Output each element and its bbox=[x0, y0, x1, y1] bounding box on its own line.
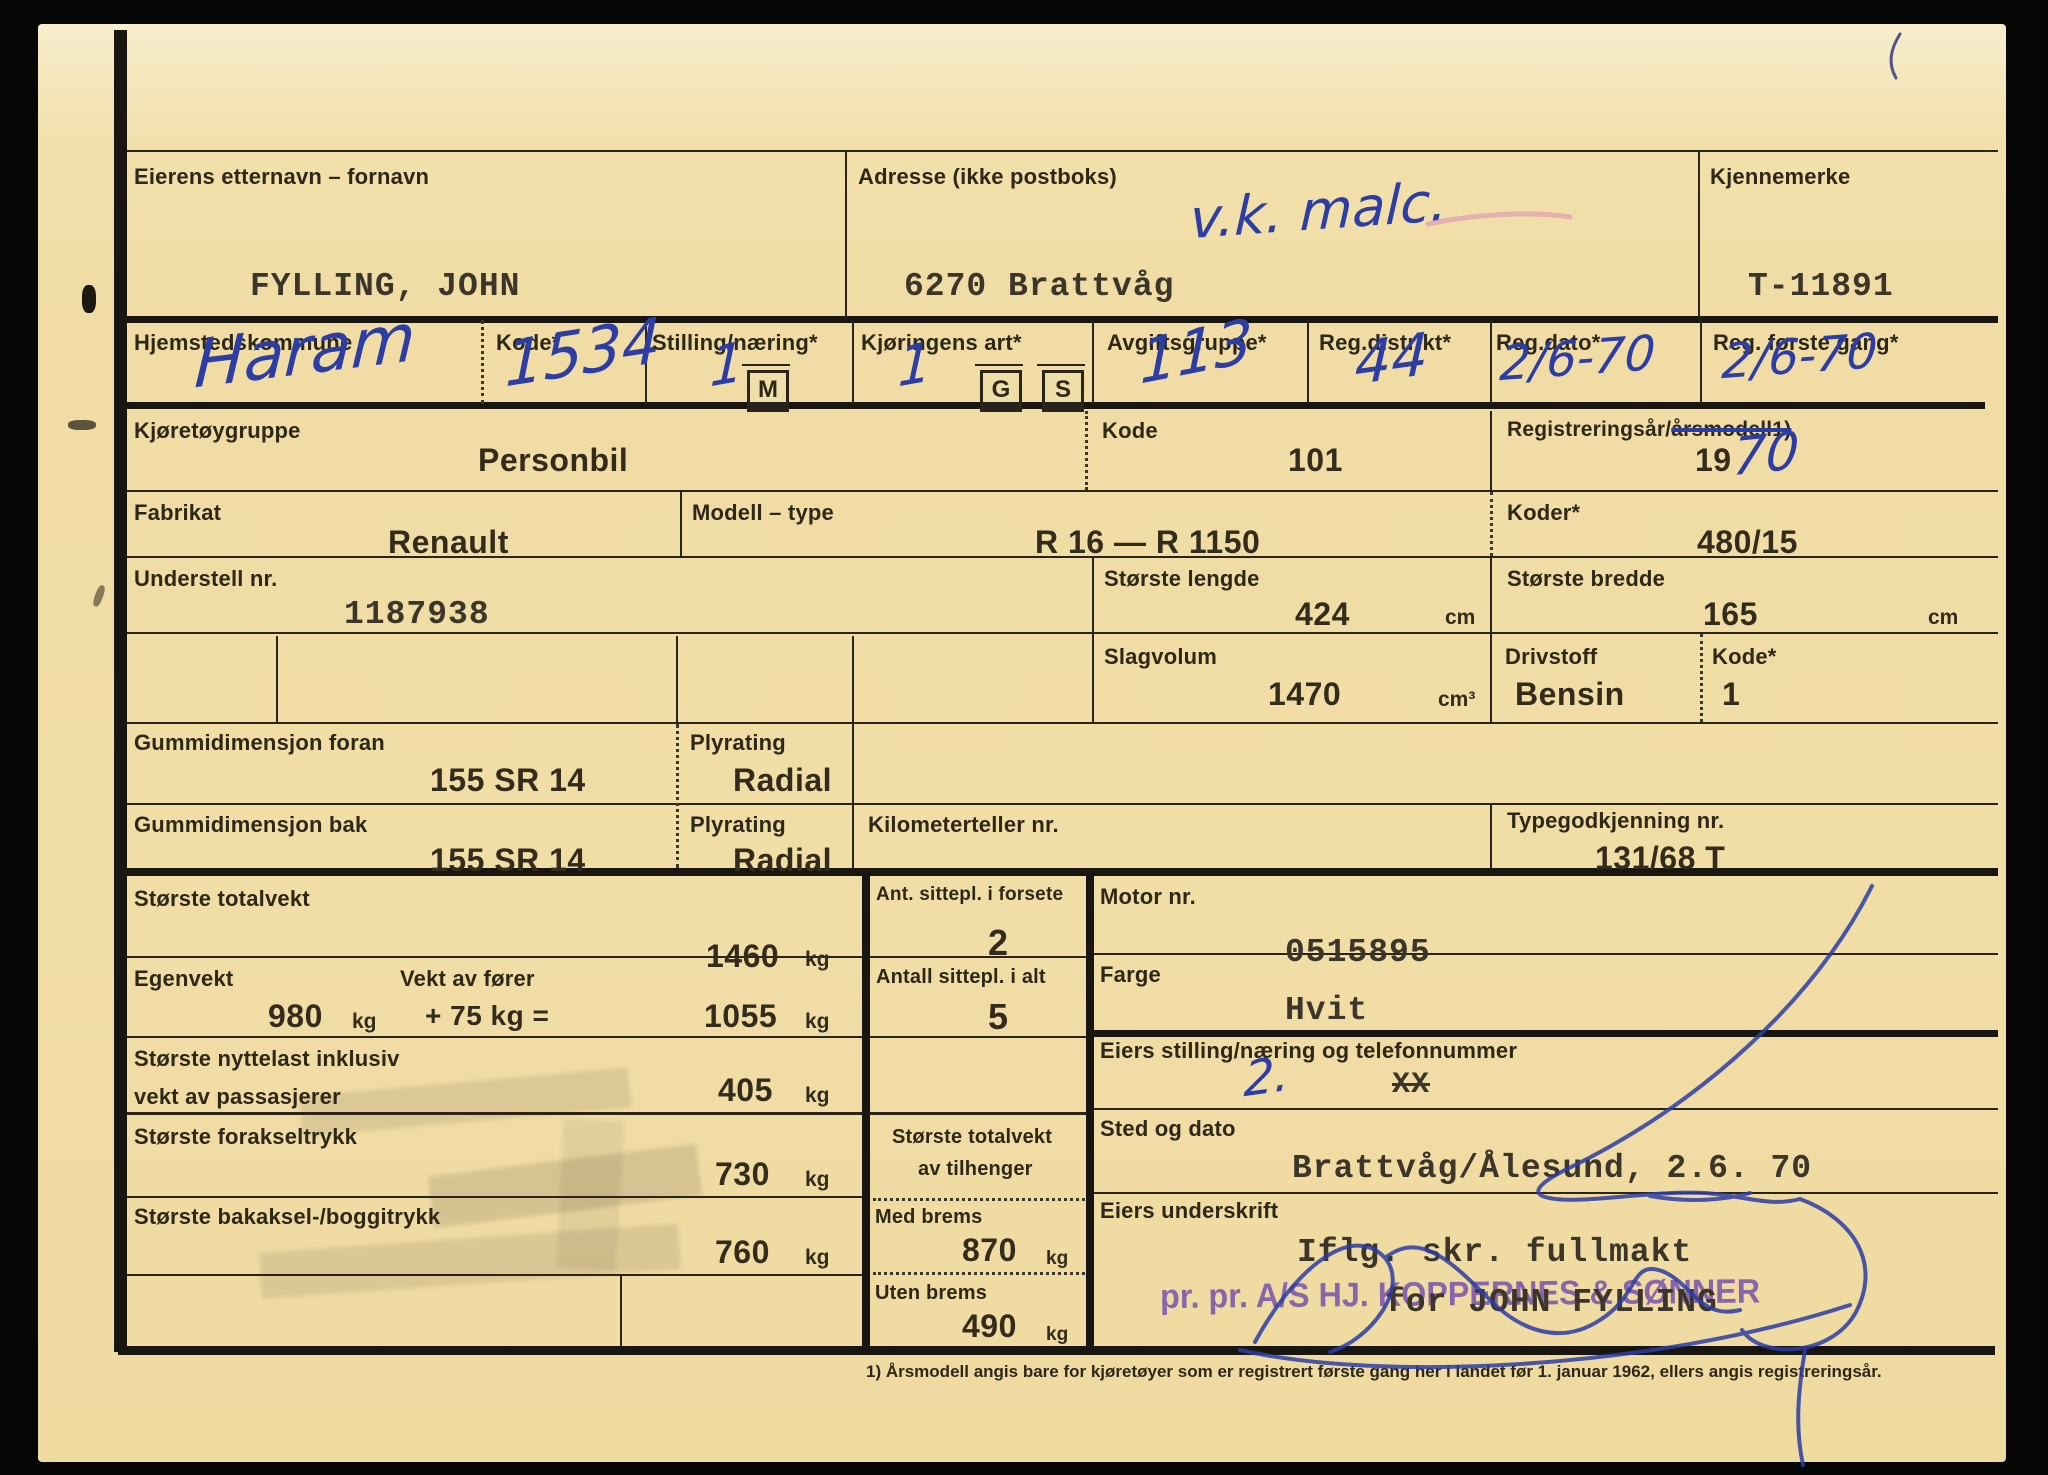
box-overline bbox=[1037, 364, 1085, 366]
motor-label: Motor nr. bbox=[1100, 884, 1196, 910]
line bbox=[1307, 320, 1309, 404]
line bbox=[118, 722, 1998, 724]
line bbox=[1490, 805, 1492, 868]
tilhenger-label-line1: Største totalvekt bbox=[892, 1126, 1052, 1149]
address-label: Adresse (ikke postboks) bbox=[858, 164, 1117, 190]
koder-label: Koder* bbox=[1507, 500, 1580, 526]
dotted-line bbox=[1700, 634, 1703, 722]
handwritten-regdato: 2/6-70 bbox=[1498, 325, 1657, 392]
med-brems-value: 870 bbox=[962, 1232, 1017, 1269]
totalvekt-label: Største totalvekt bbox=[134, 886, 310, 912]
sted-dato-value: Brattvåg/Ålesund, 2.6. 70 bbox=[1292, 1150, 1812, 1187]
line bbox=[620, 1276, 622, 1346]
bredde-value: 165 bbox=[1703, 596, 1758, 633]
regyear-printed: 19 bbox=[1695, 442, 1732, 479]
sted-dato-label: Sted og dato bbox=[1100, 1116, 1236, 1142]
eiers-stilling-label: Eiers stilling/næring og telefonnummer bbox=[1100, 1038, 1517, 1064]
slagvolum-value: 1470 bbox=[1268, 676, 1341, 713]
kjoringens-art-label: Kjøringens art* bbox=[861, 330, 1022, 356]
ink-speck bbox=[68, 420, 96, 430]
forakseltrykk-value: 730 bbox=[715, 1156, 770, 1193]
typed-for-owner-text: for JOHN FYLLING bbox=[1385, 1284, 1718, 1321]
line bbox=[1490, 411, 1492, 490]
drivstoff-kode-label: Kode* bbox=[1712, 644, 1777, 670]
dotted-line bbox=[1490, 492, 1493, 556]
motor-value: 0515895 bbox=[1285, 934, 1431, 971]
plate-value: T-11891 bbox=[1748, 268, 1894, 305]
totalvekt-unit: kg bbox=[805, 948, 830, 972]
tilhenger-label-line2: av tilhenger bbox=[918, 1158, 1033, 1181]
dotted-line bbox=[481, 320, 484, 404]
address-value: 6270 Brattvåg bbox=[904, 268, 1174, 305]
line bbox=[1698, 152, 1700, 318]
nyttelast-value: 405 bbox=[718, 1072, 773, 1109]
plyrating-foran-label: Plyrating bbox=[690, 730, 786, 756]
uten-brems-unit: kg bbox=[1046, 1324, 1068, 1346]
line bbox=[852, 636, 854, 722]
art-code-box-s: S bbox=[1042, 370, 1084, 412]
nyttelast-label-line1: Største nyttelast inklusiv bbox=[134, 1046, 400, 1072]
farge-value: Hvit bbox=[1285, 992, 1368, 1029]
line bbox=[1490, 634, 1492, 722]
dotted-line bbox=[1085, 411, 1088, 490]
dotted-line bbox=[676, 724, 679, 868]
gruppe-kode-label: Kode bbox=[1102, 418, 1158, 444]
line bbox=[118, 1112, 1090, 1115]
line bbox=[118, 150, 1998, 152]
understell-label: Understell nr. bbox=[134, 566, 277, 592]
handwritten-regdistrikt: 44 bbox=[1354, 319, 1430, 398]
forsete-label: Ant. sittepl. i forsete bbox=[876, 884, 1063, 906]
line bbox=[118, 1346, 1995, 1355]
forervekt-add: + 75 kg = bbox=[425, 1000, 549, 1032]
gummi-bak-value: 155 SR 14 bbox=[430, 842, 586, 879]
scanned-vehicle-registration-card: Eierens etternavn – fornavn FYLLING, JOH… bbox=[0, 0, 2048, 1475]
farge-label: Farge bbox=[1100, 962, 1161, 988]
lengde-unit: cm bbox=[1445, 606, 1475, 630]
bakaksel-label: Største bakaksel-/boggitrykk bbox=[134, 1204, 440, 1230]
line bbox=[1090, 1108, 1998, 1110]
plyrating-bak-label: Plyrating bbox=[690, 812, 786, 838]
uten-brems-label: Uten brems bbox=[875, 1282, 987, 1305]
line bbox=[1700, 320, 1702, 404]
line bbox=[1092, 558, 1094, 632]
bakaksel-unit: kg bbox=[805, 1246, 830, 1270]
art-code-box-g: G bbox=[980, 370, 1022, 412]
dotted-line bbox=[873, 1198, 1085, 1201]
line bbox=[852, 320, 854, 404]
egenvekt-value: 980 bbox=[268, 998, 323, 1035]
line bbox=[676, 636, 678, 722]
left-border-bar bbox=[114, 30, 127, 1352]
lengde-value: 424 bbox=[1295, 596, 1350, 633]
faded-stamp-smudge bbox=[556, 1119, 624, 1272]
handwritten-art: 1 bbox=[897, 329, 933, 399]
egenvekt-label: Egenvekt bbox=[134, 966, 233, 992]
fullmakt-text: Iflg. skr. fullmakt bbox=[1297, 1234, 1692, 1271]
line bbox=[1090, 953, 1998, 955]
forsete-value: 2 bbox=[988, 922, 1009, 964]
fabrikat-label: Fabrikat bbox=[134, 500, 221, 526]
plyrating-foran-value: Radial bbox=[733, 762, 832, 799]
med-brems-label: Med brems bbox=[875, 1206, 982, 1229]
ink-speck bbox=[82, 285, 96, 313]
line bbox=[118, 1036, 1090, 1038]
nyttelast-unit: kg bbox=[805, 1084, 830, 1108]
line bbox=[118, 803, 1998, 805]
line bbox=[118, 490, 1998, 492]
line bbox=[845, 152, 847, 318]
plyrating-bak-value: Radial bbox=[733, 842, 832, 879]
box-overline bbox=[742, 364, 790, 366]
forervekt-label: Vekt av fører bbox=[400, 966, 535, 992]
drivstoff-kode-value: 1 bbox=[1722, 676, 1740, 713]
line bbox=[1490, 558, 1492, 632]
modell-value: R 16 — R 1150 bbox=[1035, 524, 1260, 561]
bredde-unit: cm bbox=[1928, 606, 1958, 630]
uten-brems-value: 490 bbox=[962, 1308, 1017, 1345]
med-brems-unit: kg bbox=[1046, 1248, 1068, 1270]
crossed-out-typed-text: XX bbox=[1392, 1068, 1430, 1102]
plate-label: Kjennemerke bbox=[1710, 164, 1850, 190]
slagvolum-unit: cm³ bbox=[1438, 688, 1475, 712]
gummi-foran-value: 155 SR 14 bbox=[430, 762, 586, 799]
line bbox=[852, 724, 854, 868]
slagvolum-label: Slagvolum bbox=[1104, 644, 1217, 670]
line bbox=[276, 636, 278, 722]
handwritten-reg-forste-gang: 2/6-70 bbox=[1720, 323, 1879, 390]
gruppe-kode-value: 101 bbox=[1288, 442, 1343, 479]
handwritten-regyear: 70 bbox=[1731, 421, 1801, 489]
handwritten-stilling: 1 bbox=[709, 329, 745, 399]
drivstoff-value: Bensin bbox=[1515, 676, 1625, 713]
gummi-bak-label: Gummidimensjon bak bbox=[134, 812, 367, 838]
line bbox=[1090, 1192, 1998, 1194]
typegodkjenning-value: 131/68 T bbox=[1595, 840, 1725, 877]
drivstoff-label: Drivstoff bbox=[1505, 644, 1597, 670]
understell-value: 1187938 bbox=[344, 596, 490, 633]
line bbox=[118, 956, 1090, 958]
handwritten-eiers-stilling: 2. bbox=[1243, 1045, 1290, 1108]
egenvekt-sum-unit: kg bbox=[805, 1010, 830, 1034]
modell-label: Modell – type bbox=[692, 500, 834, 526]
kjoretoygruppe-label: Kjøretøygruppe bbox=[134, 418, 301, 444]
forakseltrykk-unit: kg bbox=[805, 1168, 830, 1192]
egenvekt-unit: kg bbox=[352, 1010, 377, 1034]
bakaksel-value: 760 bbox=[715, 1234, 770, 1271]
lengde-label: Største lengde bbox=[1104, 566, 1260, 592]
line bbox=[680, 492, 682, 556]
footnote: 1) Årsmodell angis bare for kjøretøyer s… bbox=[866, 1362, 1882, 1382]
line bbox=[1092, 320, 1094, 404]
line bbox=[862, 872, 870, 1346]
line bbox=[1090, 1030, 1998, 1037]
totalvekt-value: 1460 bbox=[706, 938, 779, 975]
ialt-label: Antall sittepl. i alt bbox=[876, 966, 1046, 989]
stilling-code-box: M bbox=[747, 370, 789, 412]
km-teller-label: Kilometerteller nr. bbox=[868, 812, 1059, 838]
line bbox=[1092, 634, 1094, 722]
fabrikat-value: Renault bbox=[388, 524, 509, 561]
eiers-underskrift-label: Eiers underskrift bbox=[1100, 1198, 1278, 1224]
line bbox=[1490, 320, 1492, 404]
line bbox=[1086, 872, 1094, 1346]
regyear-label-prefix: Registreringsår/ bbox=[1507, 418, 1671, 441]
koder-value: 480/15 bbox=[1697, 524, 1798, 561]
ialt-value: 5 bbox=[988, 996, 1009, 1038]
box-overline bbox=[975, 364, 1023, 366]
bredde-label: Største bredde bbox=[1507, 566, 1665, 592]
gummi-foran-label: Gummidimensjon foran bbox=[134, 730, 385, 756]
typegodkjenning-label: Typegodkjenning nr. bbox=[1507, 808, 1724, 834]
owner-name-label: Eierens etternavn – fornavn bbox=[134, 164, 429, 190]
kjoretoygruppe-value: Personbil bbox=[478, 442, 628, 479]
owner-name-value: FYLLING, JOHN bbox=[250, 268, 520, 305]
egenvekt-sum: 1055 bbox=[704, 998, 777, 1035]
dotted-line bbox=[873, 1272, 1085, 1275]
